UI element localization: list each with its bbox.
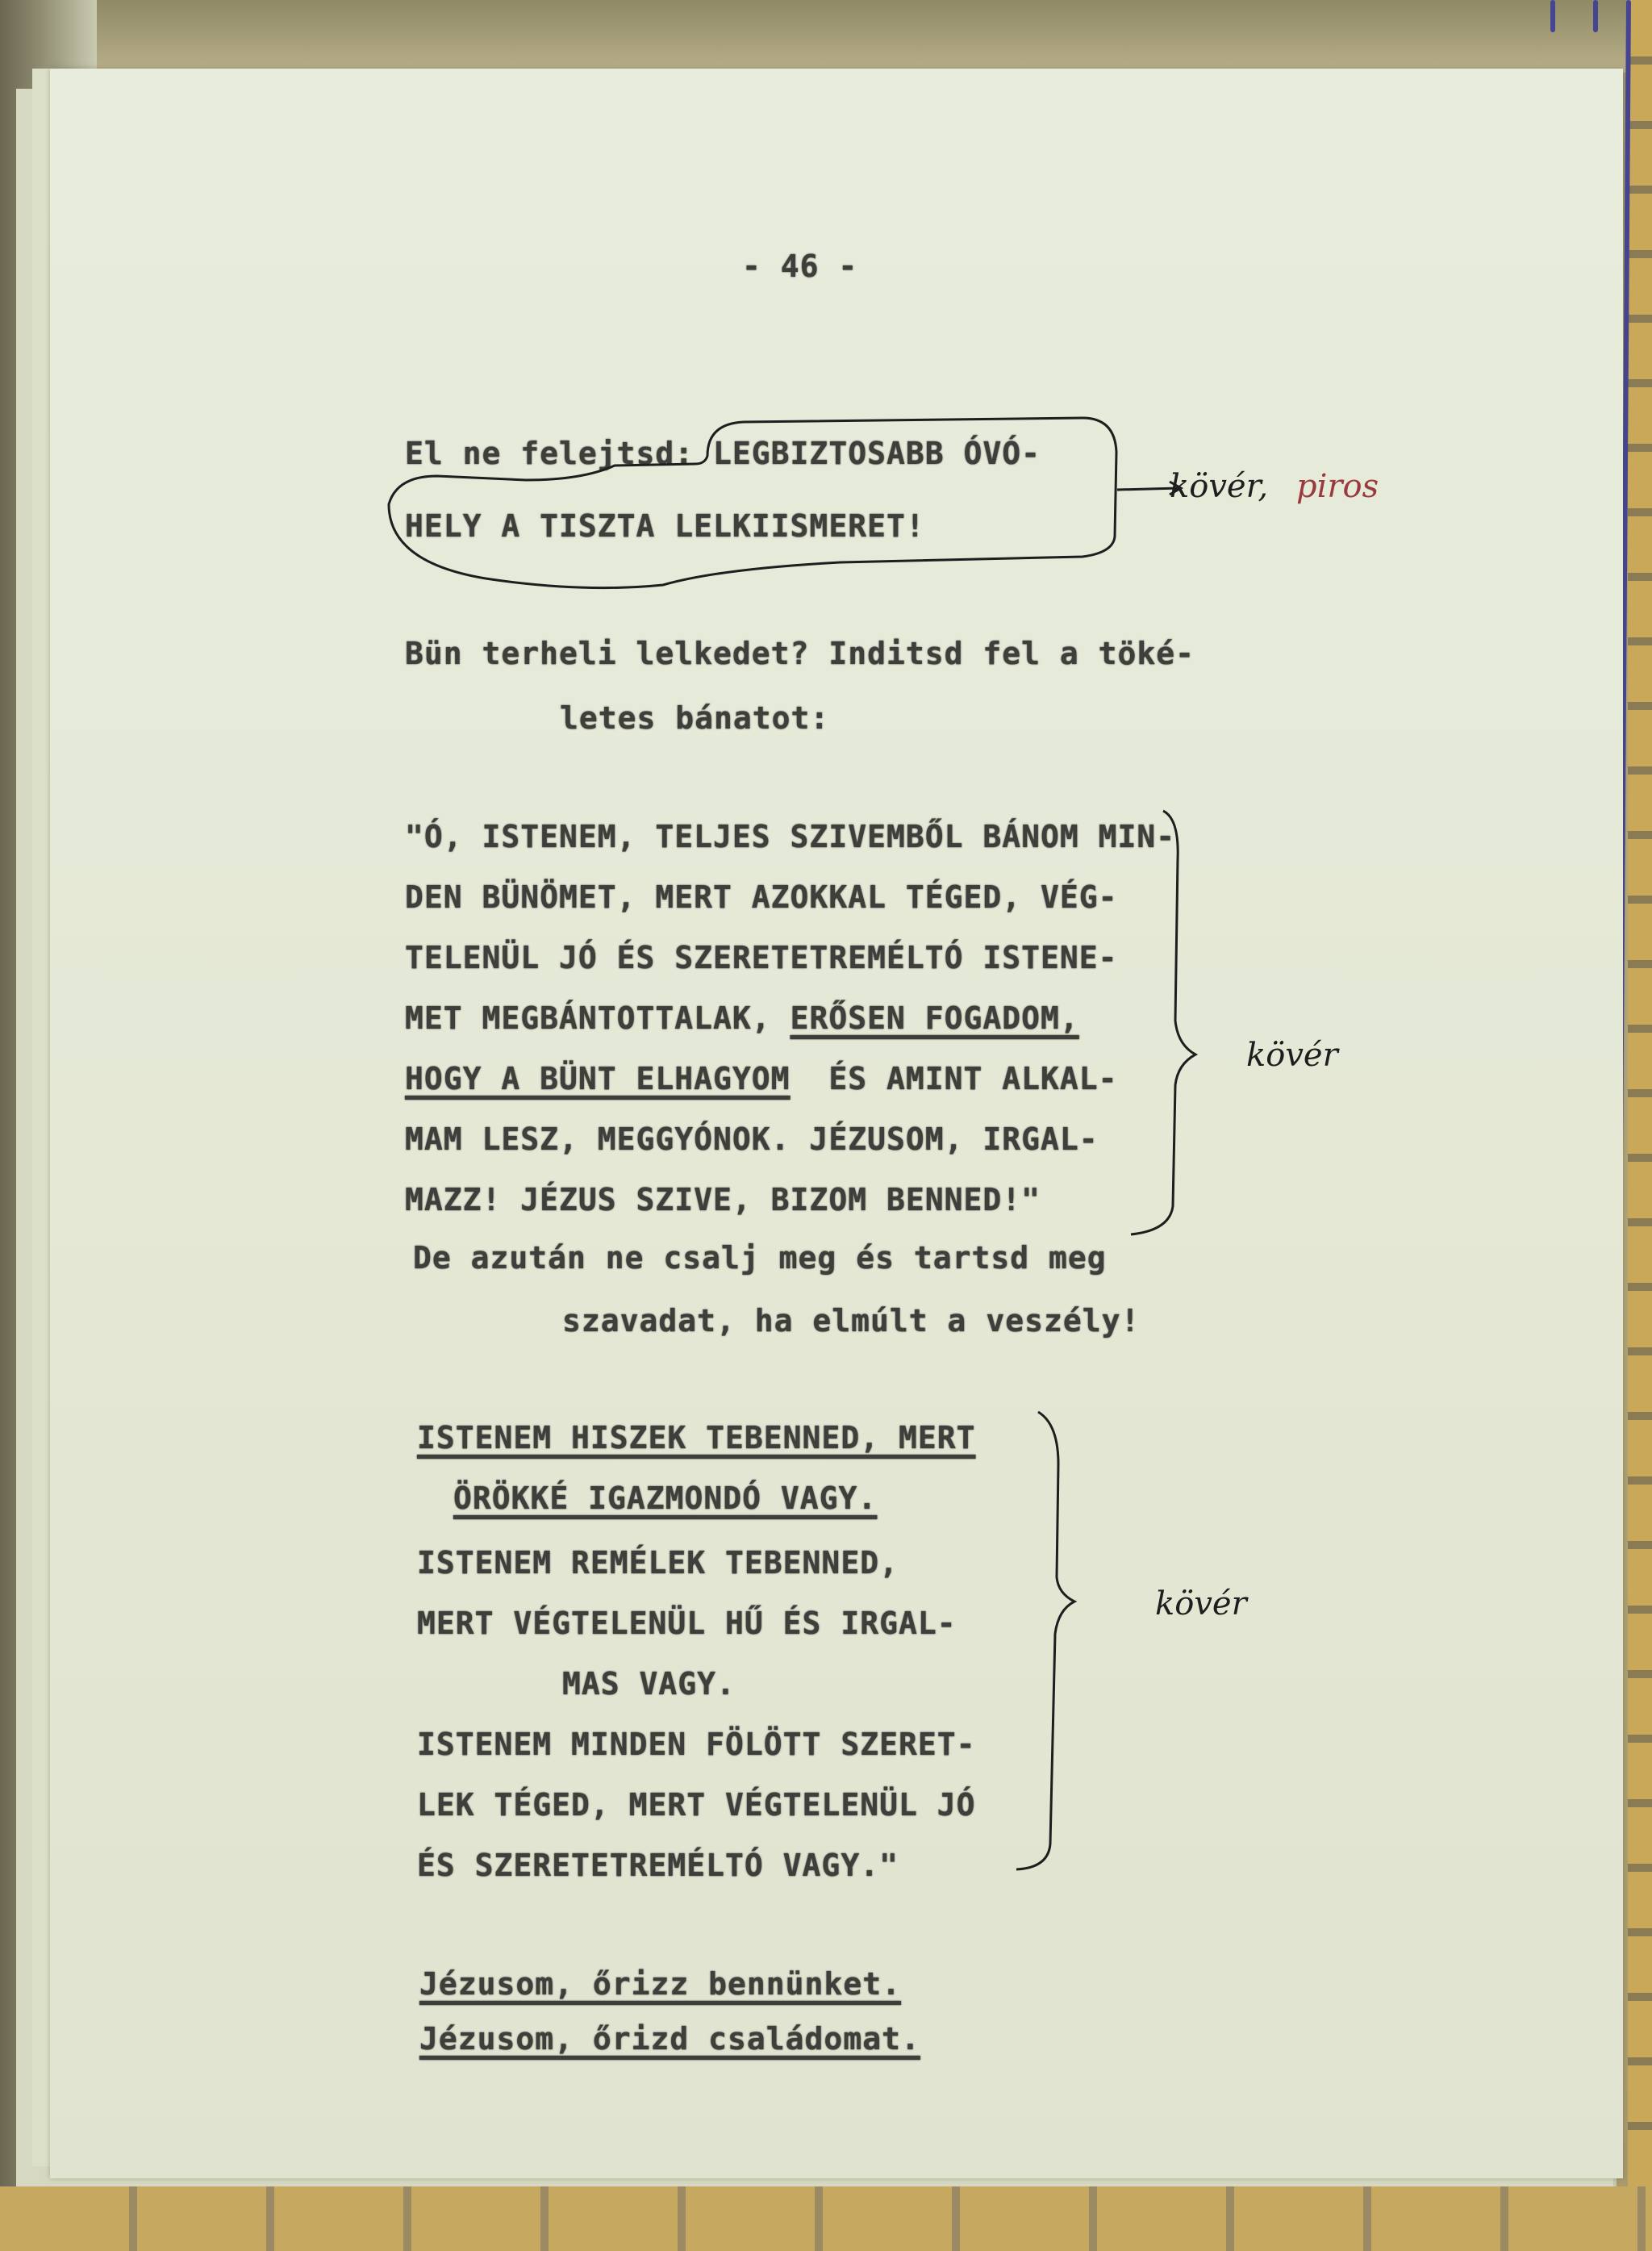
folder-blue-line (1550, 0, 1555, 32)
pen-markings (50, 69, 1623, 2178)
curly-brace (1016, 1412, 1074, 1869)
background-desk-right (1628, 0, 1652, 2251)
background-desk-bottom (0, 2186, 1652, 2251)
curly-brace (1131, 811, 1195, 1234)
background-desk-top (0, 0, 1652, 73)
typewritten-page: - 46 - El ne felejtsd: LEGBIZTOSABB ÓVÓ-… (50, 69, 1623, 2178)
folder-blue-line (1593, 0, 1598, 32)
lasso-outline (389, 418, 1116, 588)
arrow-icon (1117, 482, 1181, 495)
